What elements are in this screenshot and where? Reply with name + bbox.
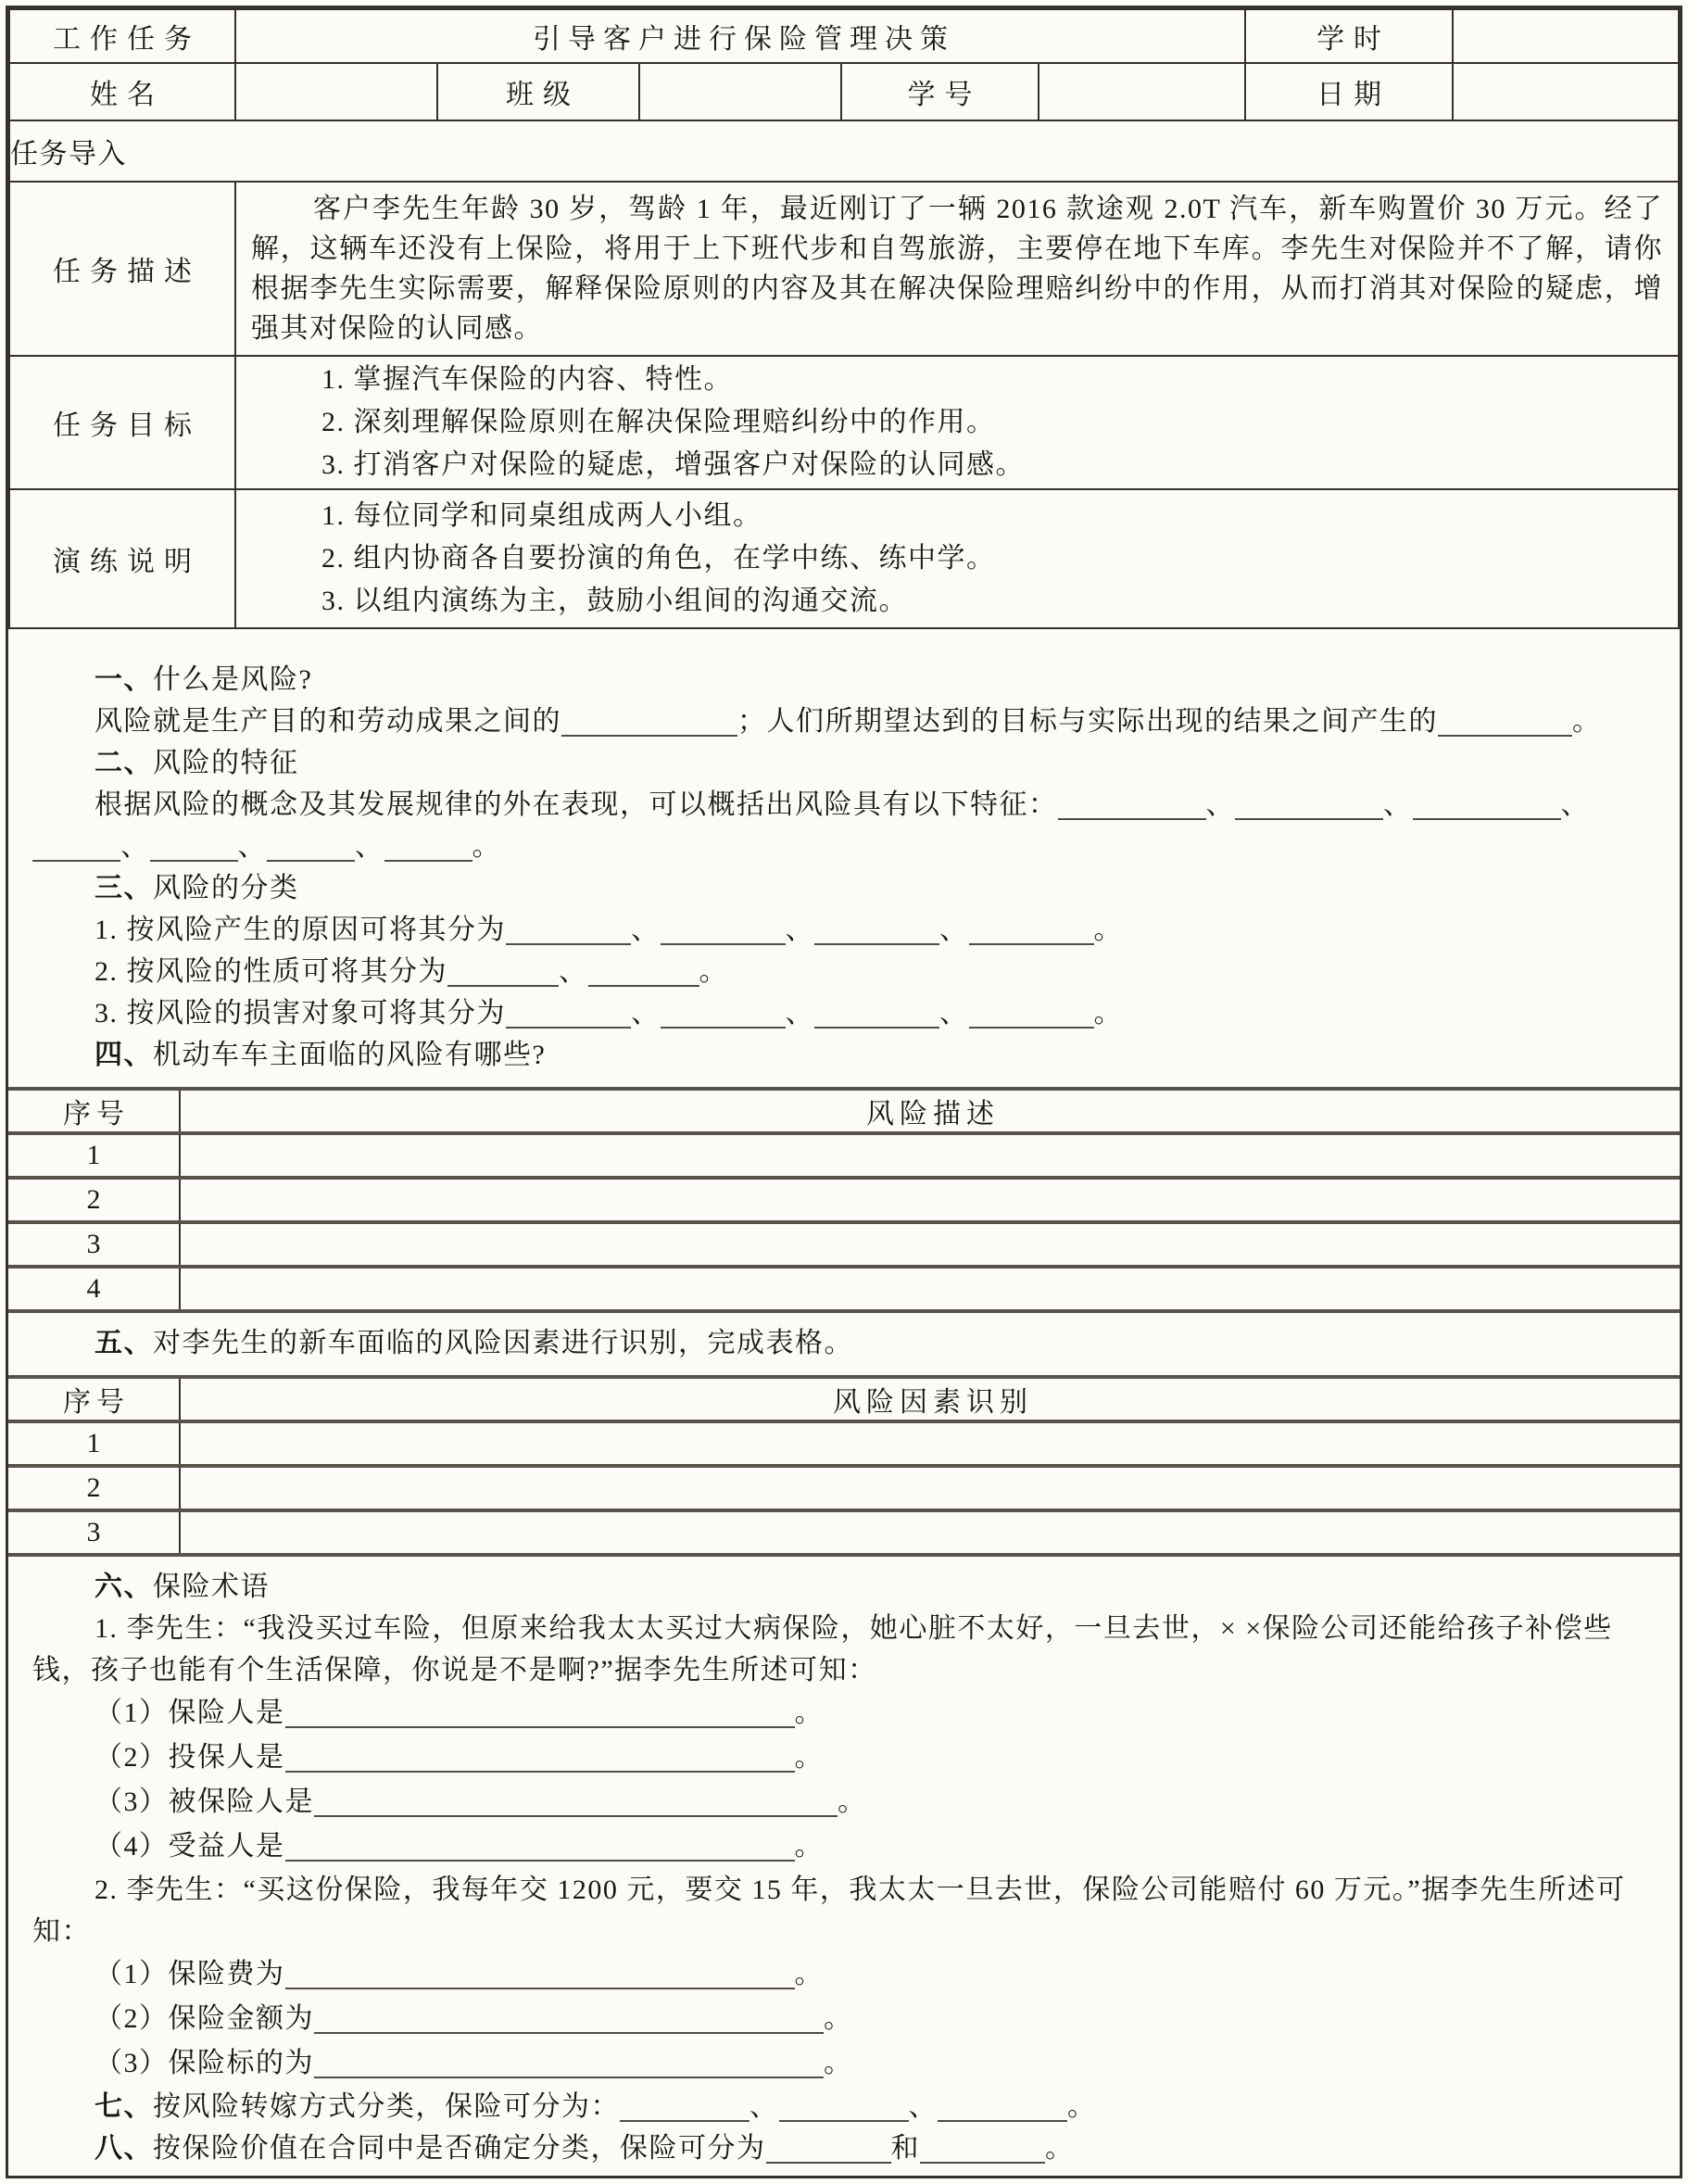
blank-line bbox=[314, 2002, 824, 2034]
class-label: 班级 bbox=[437, 63, 639, 120]
column-header-risk-factor: 风险因素识别 bbox=[180, 1377, 1680, 1421]
blank-line bbox=[314, 1786, 838, 1817]
hours-label: 学时 bbox=[1245, 9, 1453, 63]
date-label: 日期 bbox=[1245, 63, 1453, 120]
table-row: 1 bbox=[8, 1133, 1680, 1178]
blank-line bbox=[32, 830, 120, 862]
blank-line bbox=[969, 997, 1094, 1029]
drill-notes-item: 3. 以组内演练为主，鼓励小组间的沟通交流。 bbox=[236, 580, 1678, 623]
empty-answer-cell bbox=[180, 1510, 1680, 1555]
risk-features-line: 根据风险的概念及其发展规律的外在表现，可以概括出风险具有以下特征：、、、、、、。 bbox=[32, 784, 1665, 867]
insurance-case-1-text: 1. 李先生：“我没买过车险，但原来给我太太买过大病保险，她心脏不太好，一旦去世… bbox=[32, 1608, 1665, 1691]
row-number-cell: 2 bbox=[8, 1466, 180, 1510]
risk-description-table: 序号 风险描述 1 2 3 4 bbox=[8, 1087, 1680, 1313]
blank-line bbox=[1235, 789, 1383, 820]
section-8-line: 八、按保险价值在合同中是否确定分类，保险可分为和。 bbox=[32, 2127, 1665, 2169]
blank-line bbox=[384, 830, 472, 862]
blank-line bbox=[267, 830, 355, 862]
risk-object-classification-line: 3. 按风险的损害对象可将其分为、、、。 bbox=[32, 992, 1665, 1034]
student-id-label: 学号 bbox=[841, 63, 1039, 120]
table-row: 1 bbox=[8, 1421, 1680, 1466]
table-row: 2 bbox=[8, 1178, 1680, 1222]
blank-line bbox=[814, 997, 939, 1029]
drill-notes-cell: 1. 每位同学和同桌组成两人小组。 2. 组内协商各自要扮演的角色，在学中练、练… bbox=[235, 489, 1679, 628]
task-goal-item: 2. 深刻理解保险原则在解决保险理赔纠纷中的作用。 bbox=[236, 401, 1678, 444]
blank-line bbox=[661, 914, 786, 945]
task-desc-cell: 客户李先生年龄 30 岁，驾龄 1 年，最近刚订了一辆 2016 款途观 2.0… bbox=[235, 182, 1679, 356]
insurer-blank-line: （1）保险人是。 bbox=[32, 1691, 1665, 1736]
empty-answer-cell bbox=[180, 1421, 1680, 1466]
section-7-line: 七、按风险转嫁方式分类，保险可分为：、、。 bbox=[32, 2086, 1665, 2127]
blank-line bbox=[285, 1958, 795, 1989]
hours-value-cell bbox=[1453, 9, 1679, 63]
blank-line bbox=[506, 914, 631, 945]
blank-line bbox=[1413, 789, 1561, 820]
blank-line bbox=[285, 1697, 795, 1728]
name-label: 姓名 bbox=[9, 63, 235, 120]
empty-answer-cell bbox=[180, 1178, 1680, 1222]
table-row: 3 bbox=[8, 1510, 1680, 1555]
blank-line bbox=[314, 2047, 824, 2078]
blank-line bbox=[506, 997, 631, 1029]
header-table: 工作任务 引导客户进行保险管理决策 学时 姓名 班级 学号 日期 任务导入 任务… bbox=[8, 8, 1680, 629]
risk-definition-line: 风险就是生产目的和劳动成果之间的；人们所期望达到的目标与实际出现的结果之间产生的… bbox=[32, 701, 1665, 742]
name-value-cell bbox=[235, 63, 437, 120]
row-number-cell: 3 bbox=[8, 1510, 180, 1555]
blank-line bbox=[1058, 789, 1206, 820]
row-number-cell: 1 bbox=[8, 1133, 180, 1178]
section-6-heading: 六、保险术语 bbox=[32, 1566, 1665, 1608]
blank-line bbox=[620, 2090, 750, 2122]
task-goal-item: 1. 掌握汽车保险的内容、特性。 bbox=[236, 359, 1678, 401]
work-task-title: 引导客户进行保险管理决策 bbox=[235, 9, 1245, 63]
worksheet-body: 一、什么是风险? 风险就是生产目的和劳动成果之间的；人们所期望达到的目标与实际出… bbox=[8, 629, 1680, 2169]
class-value-cell bbox=[639, 63, 841, 120]
blank-line bbox=[285, 1830, 795, 1862]
insurance-case-2-text: 2. 李先生：“买这份保险，我每年交 1200 元，要交 15 年，我太太一旦去… bbox=[32, 1869, 1665, 1952]
beneficiary-blank-line: （4）受益人是。 bbox=[32, 1824, 1665, 1869]
table-row: 3 bbox=[8, 1222, 1680, 1267]
row-number-cell: 1 bbox=[8, 1421, 180, 1466]
task-desc-label: 任务描述 bbox=[9, 182, 235, 356]
applicant-blank-line: （2）投保人是。 bbox=[32, 1736, 1665, 1780]
risk-factor-table: 序号 风险因素识别 1 2 3 bbox=[8, 1375, 1680, 1557]
page-frame: 工作任务 引导客户进行保险管理决策 学时 姓名 班级 学号 日期 任务导入 任务… bbox=[6, 6, 1682, 2178]
drill-notes-label: 演练说明 bbox=[9, 489, 235, 628]
blank-line bbox=[920, 2132, 1045, 2164]
section-3-heading: 三、风险的分类 bbox=[32, 867, 1665, 909]
column-header-no: 序号 bbox=[8, 1377, 180, 1421]
date-value-cell bbox=[1453, 63, 1679, 120]
empty-answer-cell bbox=[180, 1466, 1680, 1510]
blank-line bbox=[969, 914, 1094, 945]
student-id-value-cell bbox=[1039, 63, 1245, 120]
blank-line bbox=[779, 2090, 909, 2122]
task-intro-label: 任务导入 bbox=[9, 120, 1679, 182]
blank-line bbox=[588, 955, 699, 987]
blank-line bbox=[285, 1741, 795, 1773]
row-number-cell: 2 bbox=[8, 1178, 180, 1222]
blank-line bbox=[938, 2090, 1067, 2122]
drill-notes-item: 1. 每位同学和同桌组成两人小组。 bbox=[236, 495, 1678, 537]
insured-subject-blank-line: （3）保险标的为。 bbox=[32, 2041, 1665, 2086]
insured-blank-line: （3）被保险人是。 bbox=[32, 1780, 1665, 1824]
blank-line bbox=[150, 830, 238, 862]
row-number-cell: 3 bbox=[8, 1222, 180, 1267]
blank-line bbox=[766, 2132, 891, 2164]
empty-answer-cell bbox=[180, 1222, 1680, 1267]
empty-answer-cell bbox=[180, 1133, 1680, 1178]
drill-notes-item: 2. 组内协商各自要扮演的角色，在学中练、练中学。 bbox=[236, 537, 1678, 580]
risk-cause-classification-line: 1. 按风险产生的原因可将其分为、、、。 bbox=[32, 909, 1665, 951]
blank-line bbox=[1438, 705, 1572, 737]
blank-line bbox=[447, 955, 559, 987]
column-header-risk-description: 风险描述 bbox=[180, 1089, 1680, 1133]
task-goal-label: 任务目标 bbox=[9, 356, 235, 489]
blank-line bbox=[661, 997, 786, 1029]
table-row: 2 bbox=[8, 1466, 1680, 1510]
premium-blank-line: （1）保险费为。 bbox=[32, 1952, 1665, 1997]
blank-line bbox=[814, 914, 939, 945]
section-2-heading: 二、风险的特征 bbox=[32, 742, 1665, 784]
row-number-cell: 4 bbox=[8, 1267, 180, 1311]
blank-line bbox=[561, 705, 737, 737]
section-4-heading: 四、机动车车主面临的风险有哪些? bbox=[32, 1034, 1665, 1076]
risk-nature-classification-line: 2. 按风险的性质可将其分为、。 bbox=[32, 951, 1665, 992]
worksheet-page: 工作任务 引导客户进行保险管理决策 学时 姓名 班级 学号 日期 任务导入 任务… bbox=[0, 0, 1688, 2184]
section-5-heading: 五、对李先生的新车面临的风险因素进行识别，完成表格。 bbox=[32, 1322, 1665, 1364]
table-row: 4 bbox=[8, 1267, 1680, 1311]
task-goal-item: 3. 打消客户对保险的疑虑，增强客户对保险的认同感。 bbox=[236, 444, 1678, 486]
task-goal-cell: 1. 掌握汽车保险的内容、特性。 2. 深刻理解保险原则在解决保险理赔纠纷中的作… bbox=[235, 356, 1679, 489]
empty-answer-cell bbox=[180, 1267, 1680, 1311]
column-header-no: 序号 bbox=[8, 1089, 180, 1133]
work-task-label: 工作任务 bbox=[9, 9, 235, 63]
insured-amount-blank-line: （2）保险金额为。 bbox=[32, 1997, 1665, 2041]
task-desc-text: 客户李先生年龄 30 岁，驾龄 1 年，最近刚订了一辆 2016 款途观 2.0… bbox=[236, 183, 1678, 354]
section-1-heading: 一、什么是风险? bbox=[32, 659, 1665, 701]
